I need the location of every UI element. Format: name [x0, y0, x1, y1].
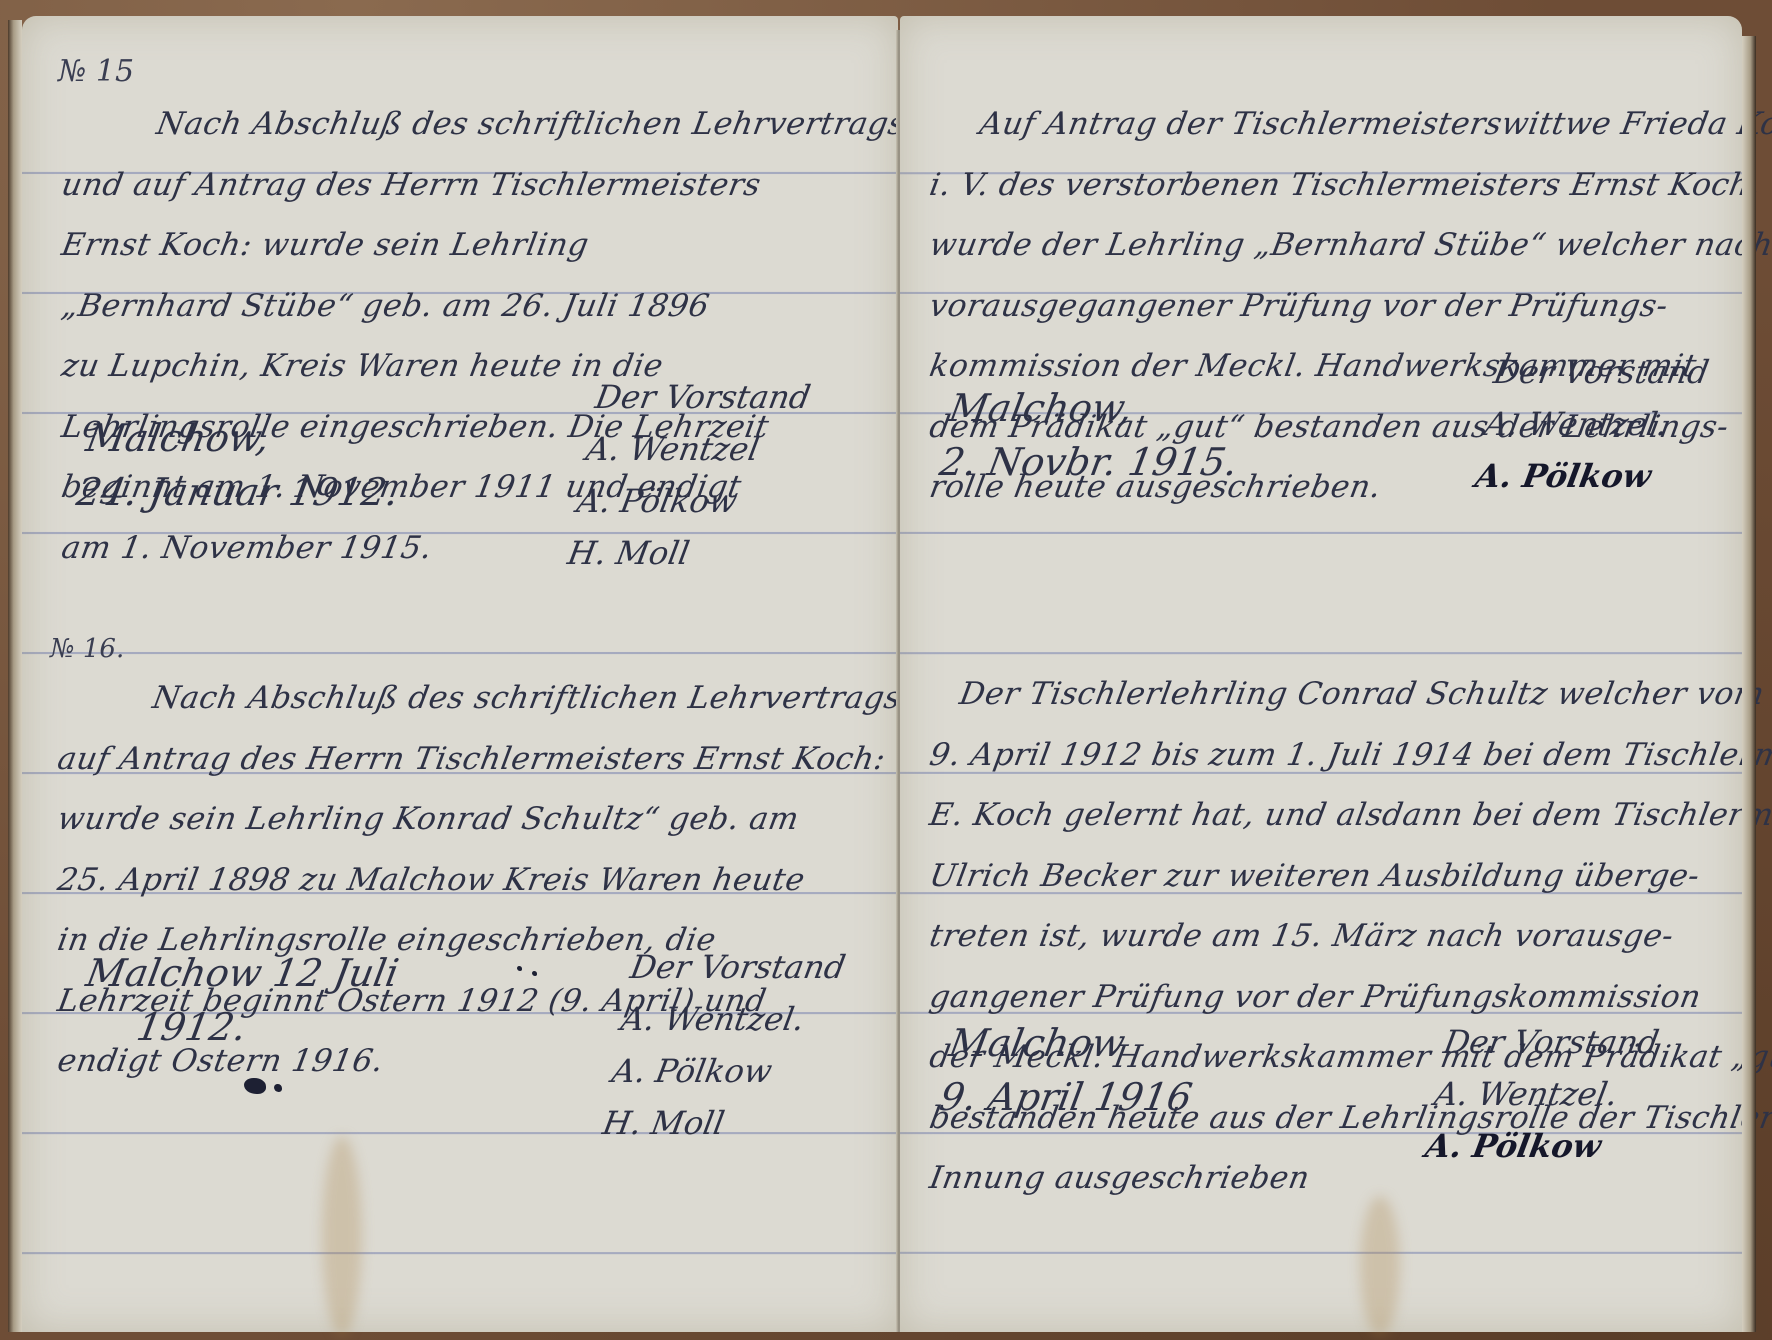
ink-blot — [274, 1084, 282, 1092]
entry-number: № 16. — [50, 634, 124, 664]
text-line: Nach Abschluß des schriftlichen Lehrvert… — [57, 94, 910, 155]
signature-block: Der Vorstand A. Wentzel A. Pölkow H. Mol… — [564, 371, 815, 579]
ink-dot — [532, 971, 537, 976]
text-line: treten ist, wurde am 15. März nach vorau… — [925, 906, 1772, 967]
text-line: wurde sein Lehrling Konrad Schultz“ geb.… — [53, 789, 978, 850]
text-line: auf Antrag des Herrn Tischlermeisters Er… — [53, 729, 978, 790]
signature-block: Der Vorstand A. Wentzel. A. Pölkow — [1471, 346, 1713, 502]
text-line: vorausgegangener Prüfung vor der Prüfung… — [925, 276, 1772, 337]
signature: A. Pölkow — [1421, 1120, 1644, 1172]
date: 24. Januar 1912. — [72, 465, 403, 519]
text-line: Innung ausgeschrieben — [925, 1148, 1772, 1209]
open-notebook: № 15 Nach Abschluß des schriftlichen Leh… — [8, 10, 1764, 1332]
place: Malchow, — [82, 411, 413, 465]
place-date: Malchow, 2. Novbr. 1915. — [935, 381, 1251, 489]
text-line: 9. April 1912 bis zum 1. Juli 1914 bei d… — [925, 725, 1772, 786]
place: Malchow 12 Juli — [82, 946, 403, 1000]
signature: A. Wentzel — [582, 423, 805, 475]
text-line: Nach Abschluß des schriftlichen Lehrvert… — [53, 668, 978, 729]
signature-title: Der Vorstand — [1490, 346, 1713, 398]
date: 1912. — [72, 1000, 393, 1054]
signature-title: Der Vorstand — [1440, 1016, 1663, 1068]
ink-dot — [517, 966, 522, 971]
signature: A. Wentzel. — [1480, 398, 1703, 450]
signature: A. Pölkow — [1471, 450, 1694, 502]
text-line: E. Koch gelernt hat, und alsdann bei dem… — [925, 785, 1772, 846]
date: 9. April 1916 — [935, 1070, 1196, 1124]
signature-title: Der Vorstand — [626, 941, 849, 993]
text-line: „Bernhard Stübe“ geb. am 26. Juli 1896 — [57, 276, 910, 337]
left-page: № 15 Nach Abschluß des schriftlichen Leh… — [22, 16, 898, 1332]
text-line: und auf Antrag des Herrn Tischlermeister… — [57, 155, 910, 216]
right-page: Auf Antrag der Tischlermeisterswittwe Fr… — [900, 16, 1742, 1332]
place: Malchow — [945, 1016, 1206, 1070]
text-line: Auf Antrag der Tischlermeisterswittwe Fr… — [925, 94, 1772, 155]
signature: A. Pölkow — [573, 475, 796, 527]
place-date: Malchow 12 Juli 1912. — [72, 946, 402, 1054]
signature: H. Moll — [564, 527, 787, 579]
text-line: Ulrich Becker zur weiteren Ausbildung üb… — [925, 846, 1772, 907]
signature: H. Moll — [599, 1097, 822, 1149]
signature-block: Der Vorstand A. Wentzel. A. Pölkow — [1421, 1016, 1663, 1172]
text-line: wurde der Lehrling „Bernhard Stübe“ welc… — [925, 215, 1772, 276]
date: 2. Novbr. 1915. — [935, 435, 1242, 489]
ink-blot — [244, 1078, 266, 1094]
place: Malchow, — [945, 381, 1252, 435]
place-date: Malchow 9. April 1916 — [935, 1016, 1205, 1124]
text-line: Der Tischlerlehrling Conrad Schultz welc… — [925, 664, 1772, 725]
signature: A. Wentzel. — [617, 993, 840, 1045]
text-line: i. V. des verstorbenen Tischlermeisters … — [925, 155, 1772, 216]
signature: A. Wentzel. — [1430, 1068, 1653, 1120]
place-date: Malchow, 24. Januar 1912. — [72, 411, 412, 519]
water-stain — [322, 1136, 362, 1336]
water-stain — [1360, 1196, 1400, 1336]
entry-body: Der Tischlerlehrling Conrad Schultz welc… — [930, 664, 1772, 1209]
signature: A. Pölkow — [608, 1045, 831, 1097]
signature-block: Der Vorstand A. Wentzel. A. Pölkow H. Mo… — [599, 941, 850, 1149]
signature-title: Der Vorstand — [591, 371, 814, 423]
text-line: 25. April 1898 zu Malchow Kreis Waren he… — [53, 850, 978, 911]
entry-number: № 15 — [58, 54, 134, 89]
text-line: Ernst Koch: wurde sein Lehrling — [57, 215, 910, 276]
